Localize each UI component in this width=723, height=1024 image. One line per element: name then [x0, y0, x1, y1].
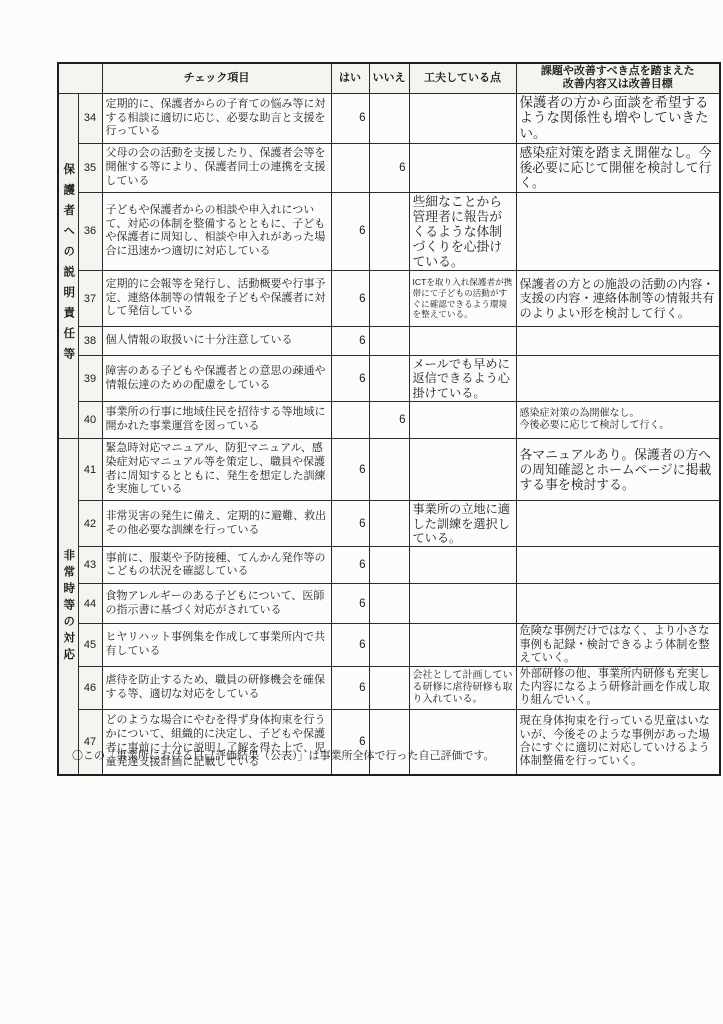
header-kaizen-line1: 課題や改善すべき点を踏まえた — [520, 65, 717, 78]
kaizen-text: 危険な事例だけではなく、より小さな事例も記録・検討できるよう体制を整えていく。 — [516, 624, 720, 667]
header-row: チェック項目 はい いいえ 工夫している点 課題や改善すべき点を踏まえた 改善内… — [58, 63, 720, 93]
row-number: 40 — [78, 402, 102, 439]
kufu-text — [409, 547, 516, 584]
table-row: 38 個人情報の取扱いに十分注意している 6 — [58, 327, 720, 356]
yes-value: 6 — [331, 501, 369, 547]
kufu-text: 些細なことから管理者に報告がくるような体制づくりを心掛けている。 — [409, 192, 516, 270]
no-value — [369, 192, 409, 270]
self-evaluation-table: チェック項目 はい いいえ 工夫している点 課題や改善すべき点を踏まえた 改善内… — [57, 62, 721, 776]
check-item-text: 父母の会の活動を支援したり、保護者会等を開催する等により、保護者同士の連携を支援… — [102, 144, 331, 192]
row-number: 37 — [78, 271, 102, 327]
header-check-item: チェック項目 — [102, 63, 331, 93]
row-number: 34 — [78, 93, 102, 144]
yes-value: 6 — [331, 439, 369, 501]
header-kaizen: 課題や改善すべき点を踏まえた 改善内容又は改善目標 — [516, 63, 720, 93]
kufu-text — [409, 439, 516, 501]
table-row: 非常時等の対応 41 緊急時対応マニュアル、防犯マニュアル、感染症対応マニュアル… — [58, 439, 720, 501]
check-item-text: 食物アレルギーのある子どもについて、医師の指示書に基づく対応がされている — [102, 584, 331, 624]
yes-value: 6 — [331, 271, 369, 327]
no-value — [369, 439, 409, 501]
row-number: 42 — [78, 501, 102, 547]
kaizen-text — [516, 547, 720, 584]
table-row: 46 虐待を防止するため、職員の研修機会を確保する等、適切な対応をしている 6 … — [58, 667, 720, 710]
yes-value — [331, 402, 369, 439]
check-item-text: 定期的に会報等を発行し、活動概要や行事予定、連絡体制等の情報を子どもや保護者に対… — [102, 271, 331, 327]
yes-value: 6 — [331, 547, 369, 584]
row-number: 39 — [78, 356, 102, 402]
kaizen-text: 現在身体拘束を行っている児童はいないが、今後そのような事例があった場合にすぐに適… — [516, 709, 720, 775]
header-no: いいえ — [369, 63, 409, 93]
kufu-text: 会社として計画している研修に虐待研修も取り入れている。 — [409, 667, 516, 710]
kufu-text — [409, 709, 516, 775]
check-item-text: 非常災害の発生に備え、定期的に避難、救出その他必要な訓練を行っている — [102, 501, 331, 547]
kufu-text — [409, 584, 516, 624]
category-emergency-response: 非常時等の対応 — [58, 439, 78, 775]
yes-value: 6 — [331, 667, 369, 710]
table-row: 保護者への説明責任等 34 定期的に、保護者からの子育ての悩み等に対する相談に適… — [58, 93, 720, 144]
check-item-text: 事業所の行事に地域住民を招待する等地域に開かれた事業運営を図っている — [102, 402, 331, 439]
header-corner-cell — [58, 63, 102, 93]
yes-value: 6 — [331, 192, 369, 270]
row-number: 41 — [78, 439, 102, 501]
check-item-text: 緊急時対応マニュアル、防犯マニュアル、感染症対応マニュアル等を策定し、職員や保護… — [102, 439, 331, 501]
yes-value: 6 — [331, 327, 369, 356]
no-value — [369, 624, 409, 667]
row-number: 43 — [78, 547, 102, 584]
table-row: 44 食物アレルギーのある子どもについて、医師の指示書に基づく対応がされている … — [58, 584, 720, 624]
yes-value: 6 — [331, 624, 369, 667]
kufu-text — [409, 327, 516, 356]
check-item-text: ヒヤリハット事例集を作成して事業所内で共有している — [102, 624, 331, 667]
row-number: 36 — [78, 192, 102, 270]
category-guardian-accountability: 保護者への説明責任等 — [58, 93, 78, 439]
kaizen-text — [516, 501, 720, 547]
table-row: 37 定期的に会報等を発行し、活動概要や行事予定、連絡体制等の情報を子どもや保護… — [58, 271, 720, 327]
check-item-text: 子どもや保護者からの相談や申入れについて、対応の体制を整備するとともに、子どもや… — [102, 192, 331, 270]
row-number: 35 — [78, 144, 102, 192]
row-number: 44 — [78, 584, 102, 624]
kaizen-text: 各マニュアルあり。保護者の方への周知確認とホームページに掲載する事を検討する。 — [516, 439, 720, 501]
yes-value: 6 — [331, 584, 369, 624]
row-number: 38 — [78, 327, 102, 356]
check-item-text: どのような場合にやむを得ず身体拘束を行うかについて、組織的に決定し、子どもや保護… — [102, 709, 331, 775]
table-row: 36 子どもや保護者からの相談や申入れについて、対応の体制を整備するとともに、子… — [58, 192, 720, 270]
no-value — [369, 667, 409, 710]
no-value: 6 — [369, 402, 409, 439]
table-row: 47 どのような場合にやむを得ず身体拘束を行うかについて、組織的に決定し、子ども… — [58, 709, 720, 775]
no-value — [369, 93, 409, 144]
kaizen-text: 保護者の方との施設の活動の内容・支援の内容・連絡体制等の情報共有のよりよい形を検… — [516, 271, 720, 327]
kaizen-text: 外部研修の他、事業所内研修も充実した内容になるよう研修計画を作成し取り組んでいく… — [516, 667, 720, 710]
kaizen-text — [516, 356, 720, 402]
kaizen-text: 感染症対策を踏まえ開催なし。今後必要に応じて開催を検討して行く。 — [516, 144, 720, 192]
check-item-text: 定期的に、保護者からの子育ての悩み等に対する相談に適切に応じ、必要な助言と支援を… — [102, 93, 331, 144]
no-value — [369, 501, 409, 547]
kufu-text — [409, 624, 516, 667]
no-value — [369, 709, 409, 775]
row-number: 45 — [78, 624, 102, 667]
row-number: 46 — [78, 667, 102, 710]
no-value: 6 — [369, 144, 409, 192]
yes-value — [331, 144, 369, 192]
check-item-text: 虐待を防止するため、職員の研修機会を確保する等、適切な対応をしている — [102, 667, 331, 710]
yes-value: 6 — [331, 356, 369, 402]
table-row: 43 事前に、服薬や予防接種、てんかん発作等のこどもの状況を確認している 6 — [58, 547, 720, 584]
no-value — [369, 271, 409, 327]
table-row: 42 非常災害の発生に備え、定期的に避難、救出その他必要な訓練を行っている 6 … — [58, 501, 720, 547]
table-row: 35 父母の会の活動を支援したり、保護者会等を開催する等により、保護者同士の連携… — [58, 144, 720, 192]
document-page: チェック項目 はい いいえ 工夫している点 課題や改善すべき点を踏まえた 改善内… — [0, 0, 723, 1024]
no-value — [369, 327, 409, 356]
kaizen-text — [516, 192, 720, 270]
kufu-text: メールでも早めに返信できるよう心掛けている。 — [409, 356, 516, 402]
check-item-text: 障害のある子どもや保護者との意思の疎通や情報伝達のための配慮をしている — [102, 356, 331, 402]
kufu-text — [409, 93, 516, 144]
kaizen-text: 保護者の方から面談を希望するような関係性も増やしていきたい。 — [516, 93, 720, 144]
yes-value: 6 — [331, 93, 369, 144]
header-yes: はい — [331, 63, 369, 93]
table-row: 40 事業所の行事に地域住民を招待する等地域に開かれた事業運営を図っている 6 … — [58, 402, 720, 439]
no-value — [369, 584, 409, 624]
row-number: 47 — [78, 709, 102, 775]
kufu-text: 事業所の立地に適した訓練を選択している。 — [409, 501, 516, 547]
kufu-text: ICTを取り入れ保護者が携帯にて子どもの活動がすぐに確認できるよう環境を整えてい… — [409, 271, 516, 327]
table-row: 39 障害のある子どもや保護者との意思の疎通や情報伝達のための配慮をしている 6… — [58, 356, 720, 402]
kufu-text — [409, 144, 516, 192]
footer-note: 〇この「事業所における自己評価結果（公表）」は事業所全体で行った自己評価です。 — [72, 747, 495, 763]
check-item-text: 事前に、服薬や予防接種、てんかん発作等のこどもの状況を確認している — [102, 547, 331, 584]
check-item-text: 個人情報の取扱いに十分注意している — [102, 327, 331, 356]
kaizen-text — [516, 584, 720, 624]
no-value — [369, 547, 409, 584]
yes-value: 6 — [331, 709, 369, 775]
kaizen-text — [516, 327, 720, 356]
header-kaizen-line2: 改善内容又は改善目標 — [520, 78, 717, 91]
no-value — [369, 356, 409, 402]
table-row: 45 ヒヤリハット事例集を作成して事業所内で共有している 6 危険な事例だけでは… — [58, 624, 720, 667]
header-kufu: 工夫している点 — [409, 63, 516, 93]
kaizen-text: 感染症対策の為開催なし。 今後必要に応じて検討して行く。 — [516, 402, 720, 439]
kufu-text — [409, 402, 516, 439]
